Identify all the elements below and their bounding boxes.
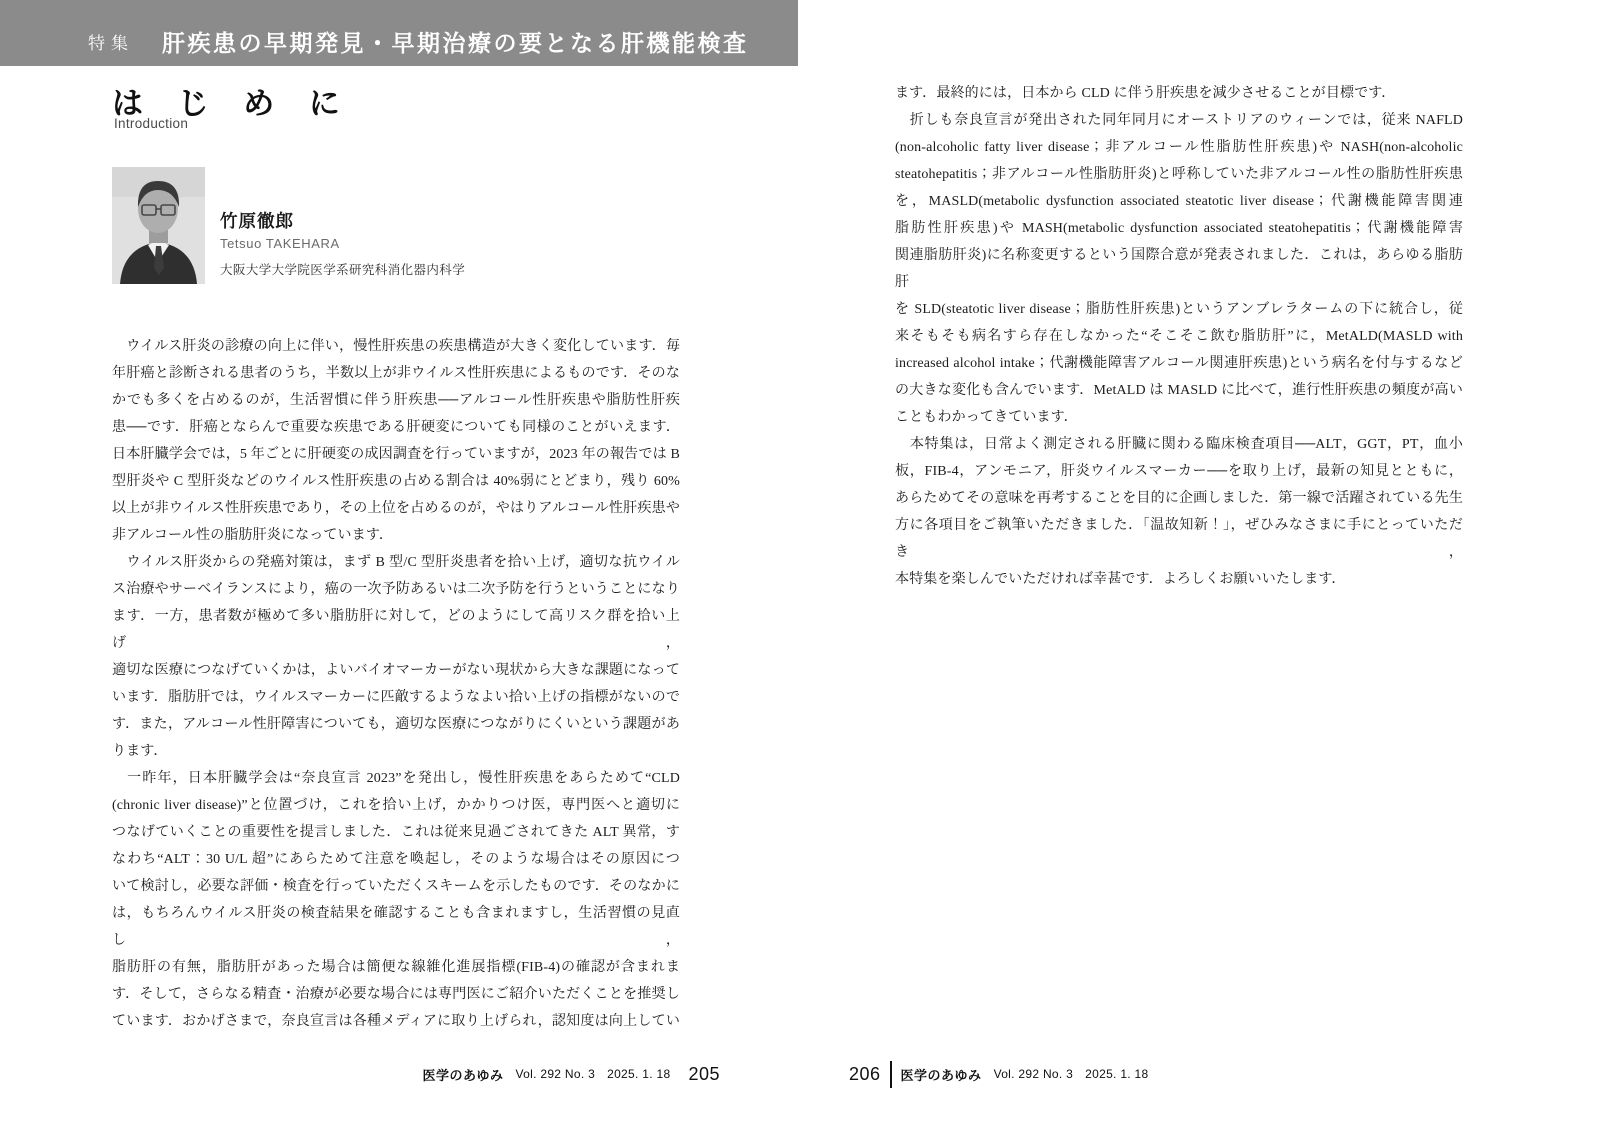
body-text-line: あらためてその意味を再考することを目的に企画しました．第一線で活躍されている先生 (895, 485, 1463, 512)
body-text-line: ています．おかげさまで，奈良宣言は各種メディアに取り上げられ，認知度は向上してい (112, 1008, 680, 1035)
body-text-line: つなげていくことの重要性を提言しました．これは従来見過ごされてきた ALT 異常… (112, 819, 680, 846)
body-text-line: 型肝炎や C 型肝炎などのウイルス性肝疾患の占める割合は 40%弱にとどまり，残… (112, 468, 680, 495)
footer-right: 206 医学のあゆみ Vol. 292 No. 3 2025. 1. 18 (849, 1058, 1149, 1090)
body-text-line: 非アルコール性の脂肪肝炎になっています． (112, 522, 680, 549)
body-text-line: 板，FIB-4，アンモニア，肝炎ウイルスマーカー──を取り上げ，最新の知見ととも… (895, 458, 1463, 485)
page-number: 206 (849, 1064, 881, 1085)
body-text-line: 本特集は，日常よく測定される肝臓に関わる臨床検査項目──ALT，GGT，PT，血… (895, 431, 1463, 458)
body-text-line: 脂肪肝の有無，脂肪肝があった場合は簡便な線維化進展指標(FIB-4)の確認が含ま… (112, 954, 680, 981)
journal-name: 医学のあゆみ (422, 1065, 503, 1084)
body-text-line: 脂肪性肝疾患)や MASH(metabolic dysfunction asso… (895, 215, 1463, 242)
body-text-line: 折しも奈良宣言が発出された同年同月にオーストリアのウィーンでは，従来 NAFLD (895, 107, 1463, 134)
body-text-line: ス治療やサーベイランスにより，癌の一次予防あるいは二次予防を行うということになり (112, 576, 680, 603)
body-text-line: ウイルス肝炎の診療の向上に伴い，慢性肝疾患の疾患構造が大きく変化しています．毎 (112, 333, 680, 360)
issue-date: 2025. 1. 18 (1085, 1067, 1148, 1081)
footer-left: 医学のあゆみ Vol. 292 No. 3 2025. 1. 18 205 (440, 1058, 720, 1090)
body-text-line: 患──です．肝癌とならんで重要な疾患である肝硬変についても同様のことがいえます． (112, 414, 680, 441)
author-photo (112, 167, 205, 284)
body-text-line: を，MASLD(metabolic dysfunction associated… (895, 188, 1463, 215)
body-text-line: ます．最終的には，日本から CLD に伴う肝疾患を減少させることが目標です． (895, 80, 1463, 107)
body-text-line: 年肝癌と診断される患者のうち，半数以上が非ウイルス性肝疾患によるものです．そのな (112, 360, 680, 387)
left-page-body: ウイルス肝炎の診療の向上に伴い，慢性肝疾患の疾患構造が大きく変化しています．毎年… (112, 333, 680, 1035)
feature-title: 肝疾患の早期発見・早期治療の要となる肝機能検査 (162, 25, 749, 58)
body-text-line: の大きな変化も含んでいます．MetALD は MASLD に比べて，進行性肝疾患… (895, 377, 1463, 404)
body-text-line: かでも多くを占めるのが，生活習慣に伴う肝疾患──アルコール性肝疾患や脂肪性肝疾 (112, 387, 680, 414)
issue-date: 2025. 1. 18 (607, 1067, 670, 1081)
body-text-line: increased alcohol intake；代謝機能障害アルコール関連肝疾… (895, 350, 1463, 377)
footer-divider (890, 1061, 892, 1088)
page-number: 205 (688, 1064, 720, 1085)
body-text-line: 日本肝臓学会では，5 年ごとに肝硬変の成因調査を行っていますが，2023 年の報… (112, 441, 680, 468)
journal-volume: Vol. 292 No. 3 (994, 1067, 1074, 1081)
body-text-line: なわち“ALT：30 U/L 超”にあらためて注意を喚起し，そのような場合はその… (112, 846, 680, 873)
body-text-line: 以上が非ウイルス性肝疾患であり，その上位を占めるのが，やはりアルコール性肝疾患や (112, 495, 680, 522)
body-text-line: 適切な医療につなげていくかは，よいバイオマーカーがない現状から大きな課題になって (112, 657, 680, 684)
body-text-line: 方に各項目をご執筆いただきました．「温故知新！」，ぜひみなさまに手にとっていただ… (895, 512, 1463, 566)
body-text-line: こともわかってきています． (895, 404, 1463, 431)
author-info: 竹原徹郎 Tetsuo TAKEHARA 大阪大学大学院医学系研究科消化器内科学 (220, 208, 465, 278)
feature-label: 特集 (88, 29, 134, 54)
body-text-line: す．また，アルコール性肝障害についても，適切な医療につながりにくいという課題があ (112, 711, 680, 738)
body-text-line: は，もちろんウイルス肝炎の検査結果を確認することも含まれますし，生活習慣の見直し… (112, 900, 680, 954)
body-text-line: steatohepatitis；非アルコール性脂肪肝炎)と呼称していた非アルコー… (895, 161, 1463, 188)
journal-name: 医学のあゆみ (901, 1065, 982, 1084)
article-subtitle: Introduction (114, 116, 188, 131)
journal-spread: { "header": { "label": "特集", "title": "肝… (0, 0, 1600, 1129)
body-text-line: 関連脂肪肝炎)に名称変更するという国際合意が発表されました．これは，あらゆる脂肪… (895, 242, 1463, 296)
body-text-line: す．そして，さらなる精査・治療が必要な場合には専門医にご紹介いただくことを推奨し (112, 981, 680, 1008)
body-text-line: (chronic liver disease)”と位置づけ，これを拾い上げ，かか… (112, 792, 680, 819)
feature-header-band: 特集 肝疾患の早期発見・早期治療の要となる肝機能検査 (0, 0, 798, 66)
body-text-line: ウイルス肝炎からの発癌対策は，まず B 型/C 型肝炎患者を拾い上げ，適切な抗ウ… (112, 549, 680, 576)
body-text-line: います．脂肪肝では，ウイルスマーカーに匹敵するようなよい拾い上げの指標がないので (112, 684, 680, 711)
journal-volume: Vol. 292 No. 3 (516, 1067, 596, 1081)
body-text-line: ます．一方，患者数が極めて多い脂肪肝に対して，どのようにして高リスク群を拾い上げ… (112, 603, 680, 657)
author-name: 竹原徹郎 (220, 208, 465, 233)
author-block: 竹原徹郎 Tetsuo TAKEHARA 大阪大学大学院医学系研究科消化器内科学 (112, 167, 465, 284)
portrait-icon (112, 167, 205, 284)
author-romaji: Tetsuo TAKEHARA (220, 236, 465, 251)
body-text-line: ります． (112, 738, 680, 765)
body-text-line: を SLD(steatotic liver disease；脂肪性肝疾患)という… (895, 296, 1463, 323)
body-text-line: 来そもそも病名すら存在しなかった“そこそこ飲む脂肪肝”に，MetALD(MASL… (895, 323, 1463, 350)
body-text-line: (non-alcoholic fatty liver disease；非アルコー… (895, 134, 1463, 161)
body-text-line: いて検討し，必要な評価・検査を行っていただくスキームを示したものです．そのなかに (112, 873, 680, 900)
page-background: 特集 肝疾患の早期発見・早期治療の要となる肝機能検査 は じ め に Intro… (0, 0, 1600, 1129)
author-affiliation: 大阪大学大学院医学系研究科消化器内科学 (220, 260, 465, 278)
body-text-line: 一昨年，日本肝臓学会は“奈良宣言 2023”を発出し，慢性肝疾患をあらためて“C… (112, 765, 680, 792)
right-page-body: ます．最終的には，日本から CLD に伴う肝疾患を減少させることが目標です． 折… (895, 80, 1463, 593)
body-text-line: 本特集を楽しんでいただければ幸甚です．よろしくお願いいたします． (895, 566, 1463, 593)
